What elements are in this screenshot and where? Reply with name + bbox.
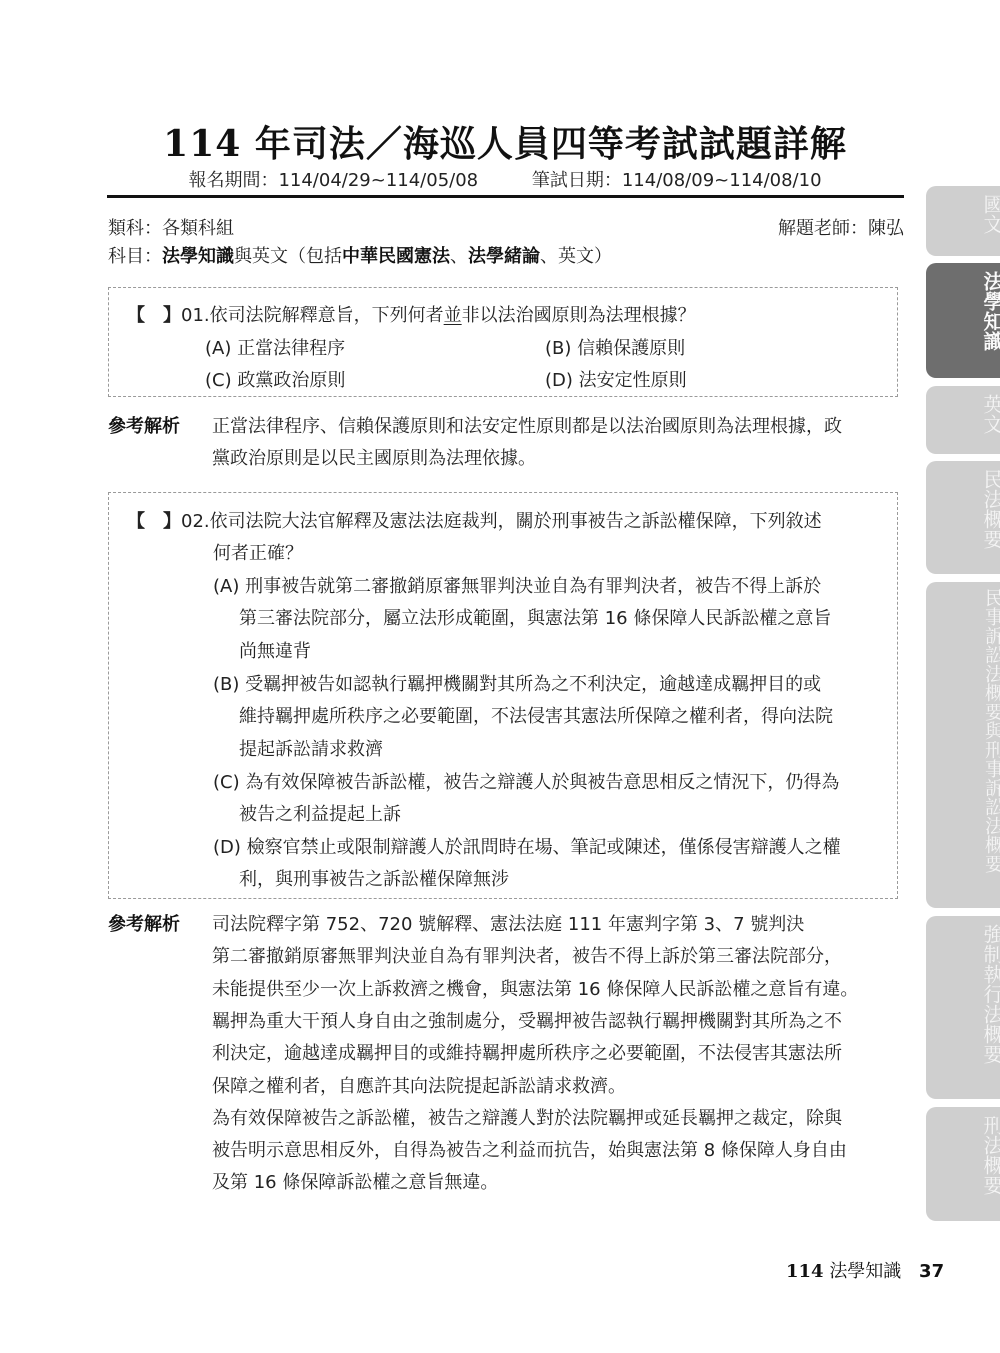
option-label: (D)	[213, 837, 241, 858]
question-stem: 【 】02.依司法院大法官解釋及憲法法庭裁判，關於刑事被告之訴訟權保障，下列敘述	[127, 507, 822, 533]
option-c-cont: 被告之利益提起上訴	[239, 800, 401, 826]
answer-bracket[interactable]: 【 】	[127, 305, 181, 326]
side-tab-law-knowledge[interactable]: 法學知識	[926, 263, 1000, 378]
subject-separator: 、	[450, 246, 468, 267]
page-title: 114 年司法／海巡人員四等考試試題詳解	[0, 116, 1000, 167]
subject-intro-law: 法學緒論	[468, 246, 540, 267]
side-tab-procedure-law[interactable]: 民事訴訟法概要與刑事訴訟法概要	[926, 582, 1000, 908]
stem-text: 非以法治國原則為法理根據？	[462, 305, 696, 326]
option-a-cont: 第三審法院部分，屬立法形成範圍，與憲法第 16 條保障人民訴訟權之意旨	[239, 604, 831, 630]
header-divider	[107, 195, 904, 198]
tab-label: 法學知識	[977, 271, 1000, 351]
answer-line: 未能提供至少一次上訴救濟之機會，與憲法第 16 條保障人民訴訟權之意旨有違。	[212, 975, 858, 1001]
stem-text: 何者正確？	[213, 539, 303, 565]
answer-line: 正當法律程序、信賴保護原則和法安定性原則都是以法治國原則為法理根據，政	[212, 412, 842, 438]
answer-line: 被告明示意思相反外，自得為被告之利益而抗告，始與憲法第 8 條保障人身自由	[212, 1136, 847, 1162]
option-label: (D)	[545, 370, 573, 391]
option-b-cont: 提起訴訟請求救濟	[239, 735, 383, 761]
option-b-cont: 維持羈押處所秩序之必要範圍，不法侵害其憲法所保障之權利者，得向法院	[239, 702, 833, 728]
side-tab-enforcement-law[interactable]: 強制執行法概要	[926, 916, 1000, 1099]
meta-row-category: 類科：各類科組 解題老師：陳弘	[108, 214, 904, 240]
meta-row-subject: 科目：法學知識與英文（包括中華民國憲法、法學緒論、英文）	[108, 242, 904, 268]
page-number: 37	[919, 1261, 944, 1282]
exam-dates: 報名期間：114/04/29~114/05/08 筆試日期：114/08/09~…	[0, 166, 1000, 192]
answer-line: 利決定，逾越達成羈押目的或維持羈押處所秩序之必要範圍，不法侵害其憲法所	[212, 1039, 842, 1065]
option-d[interactable]: (D) 檢察官禁止或限制辯護人於訊問時在場、筆記或陳述，僅係侵害辯護人之權	[213, 833, 841, 859]
option-d[interactable]: (D) 法安定性原則	[545, 366, 687, 392]
option-text: 檢察官禁止或限制辯護人於訊問時在場、筆記或陳述，僅係侵害辯護人之權	[247, 837, 841, 858]
option-text: 法安定性原則	[579, 370, 687, 391]
stem-text: 依司法院大法官解釋及憲法法庭裁判，關於刑事被告之訴訟權保障，下列敘述	[210, 511, 822, 532]
subject-law-knowledge: 法學知識	[162, 246, 234, 267]
option-b[interactable]: (B) 信賴保護原則	[545, 334, 685, 360]
option-label: (C)	[213, 772, 240, 793]
answer-line: 第二審撤銷原審無罪判決並自為有罪判決者，被告不得上訴於第三審法院部分，	[212, 942, 842, 968]
option-a[interactable]: (A) 正當法律程序	[205, 334, 345, 360]
subject-constitution: 中華民國憲法	[342, 246, 450, 267]
option-d-cont: 利，與刑事被告之訴訟權保障無涉	[239, 865, 509, 891]
answer-label-02: 參考解析	[108, 910, 180, 936]
answer-label-01: 參考解析	[108, 412, 180, 438]
emphasis-underline: 並	[444, 305, 462, 326]
option-c[interactable]: (C) 為有效保障被告訴訟權，被告之辯護人於與被告意思相反之情況下，仍得為	[213, 768, 839, 794]
answer-line: 為有效保障被告之訴訟權，被告之辯護人對於法院羈押或延長羈押之裁定，除與	[212, 1104, 842, 1130]
tab-label: 民法概要	[977, 469, 1000, 549]
answer-bracket[interactable]: 【 】	[127, 511, 181, 532]
option-text: 政黨政治原則	[237, 370, 345, 391]
question-number: 01.	[181, 305, 210, 326]
option-label: (B)	[545, 338, 571, 359]
teacher-label: 解題老師：陳弘	[778, 214, 904, 240]
exam-period: 筆試日期：114/08/09~114/08/10	[532, 170, 822, 191]
question-stem: 【 】01.依司法院解釋意旨，下列何者並非以法治國原則為法理根據？	[127, 301, 696, 327]
answer-line: 羈押為重大干預人身自由之強制處分，受羈押被告認執行羈押機關對其所為之不	[212, 1007, 842, 1033]
option-a-cont: 尚無違背	[239, 637, 311, 663]
option-c[interactable]: (C) 政黨政治原則	[205, 366, 345, 392]
option-text: 信賴保護原則	[577, 338, 685, 359]
question-number: 02.	[181, 511, 210, 532]
footer-year: 114	[786, 1261, 824, 1282]
answer-line: 保障之權利者，自應許其向法院提起訴訟請求救濟。	[212, 1072, 626, 1098]
stem-text: 依司法院解釋意旨，下列何者	[210, 305, 444, 326]
option-text: 受羈押被告如認執行羈押機關對其所為之不利決定，逾越達成羈押目的或	[245, 674, 821, 695]
side-tab-civil-law[interactable]: 民法概要	[926, 461, 1000, 574]
subject-prefix: 科目：	[108, 246, 162, 267]
subject-text: 與英文（包括	[234, 246, 342, 267]
tab-label: 強制執行法概要	[977, 924, 1000, 1064]
footer-subject: 法學知識	[829, 1261, 901, 1282]
tab-label: 刑法概要	[977, 1115, 1000, 1195]
side-tab-criminal-law[interactable]: 刑法概要	[926, 1107, 1000, 1221]
tab-label: 國文	[977, 194, 1000, 234]
option-label: (C)	[205, 370, 232, 391]
answer-line: 及第 16 條保障訴訟權之意旨無違。	[212, 1168, 498, 1194]
question-box-01: 【 】01.依司法院解釋意旨，下列何者並非以法治國原則為法理根據？ (A) 正當…	[108, 287, 898, 397]
question-box-02: 【 】02.依司法院大法官解釋及憲法法庭裁判，關於刑事被告之訴訟權保障，下列敘述…	[108, 492, 898, 899]
option-label: (B)	[213, 674, 239, 695]
option-label: (A)	[205, 338, 231, 359]
subject-tail: 、英文）	[540, 246, 612, 267]
option-label: (A)	[213, 576, 239, 597]
registration-period: 報名期間：114/04/29~114/05/08	[188, 170, 478, 191]
option-text: 為有效保障被告訴訟權，被告之辯護人於與被告意思相反之情況下，仍得為	[245, 772, 839, 793]
answer-line: 司法院釋字第 752、720 號解釋、憲法法庭 111 年憲判字第 3、7 號判…	[212, 910, 804, 936]
page-footer: 114 法學知識 37	[786, 1257, 944, 1283]
tab-label: 民事訴訟法概要與刑事訴訟法概要	[979, 588, 1000, 873]
side-tab-chinese[interactable]: 國文	[926, 186, 1000, 256]
option-a[interactable]: (A) 刑事被告就第二審撤銷原審無罪判決並自為有罪判決者，被告不得上訴於	[213, 572, 821, 598]
option-text: 正當法律程序	[237, 338, 345, 359]
category-label: 類科：各類科組	[108, 218, 234, 239]
option-text: 刑事被告就第二審撤銷原審無罪判決並自為有罪判決者，被告不得上訴於	[245, 576, 821, 597]
tab-label: 英文	[977, 394, 1000, 434]
option-b[interactable]: (B) 受羈押被告如認執行羈押機關對其所為之不利決定，逾越達成羈押目的或	[213, 670, 821, 696]
side-tab-english[interactable]: 英文	[926, 386, 1000, 454]
answer-line: 黨政治原則是以民主國原則為法理依據。	[212, 444, 536, 470]
